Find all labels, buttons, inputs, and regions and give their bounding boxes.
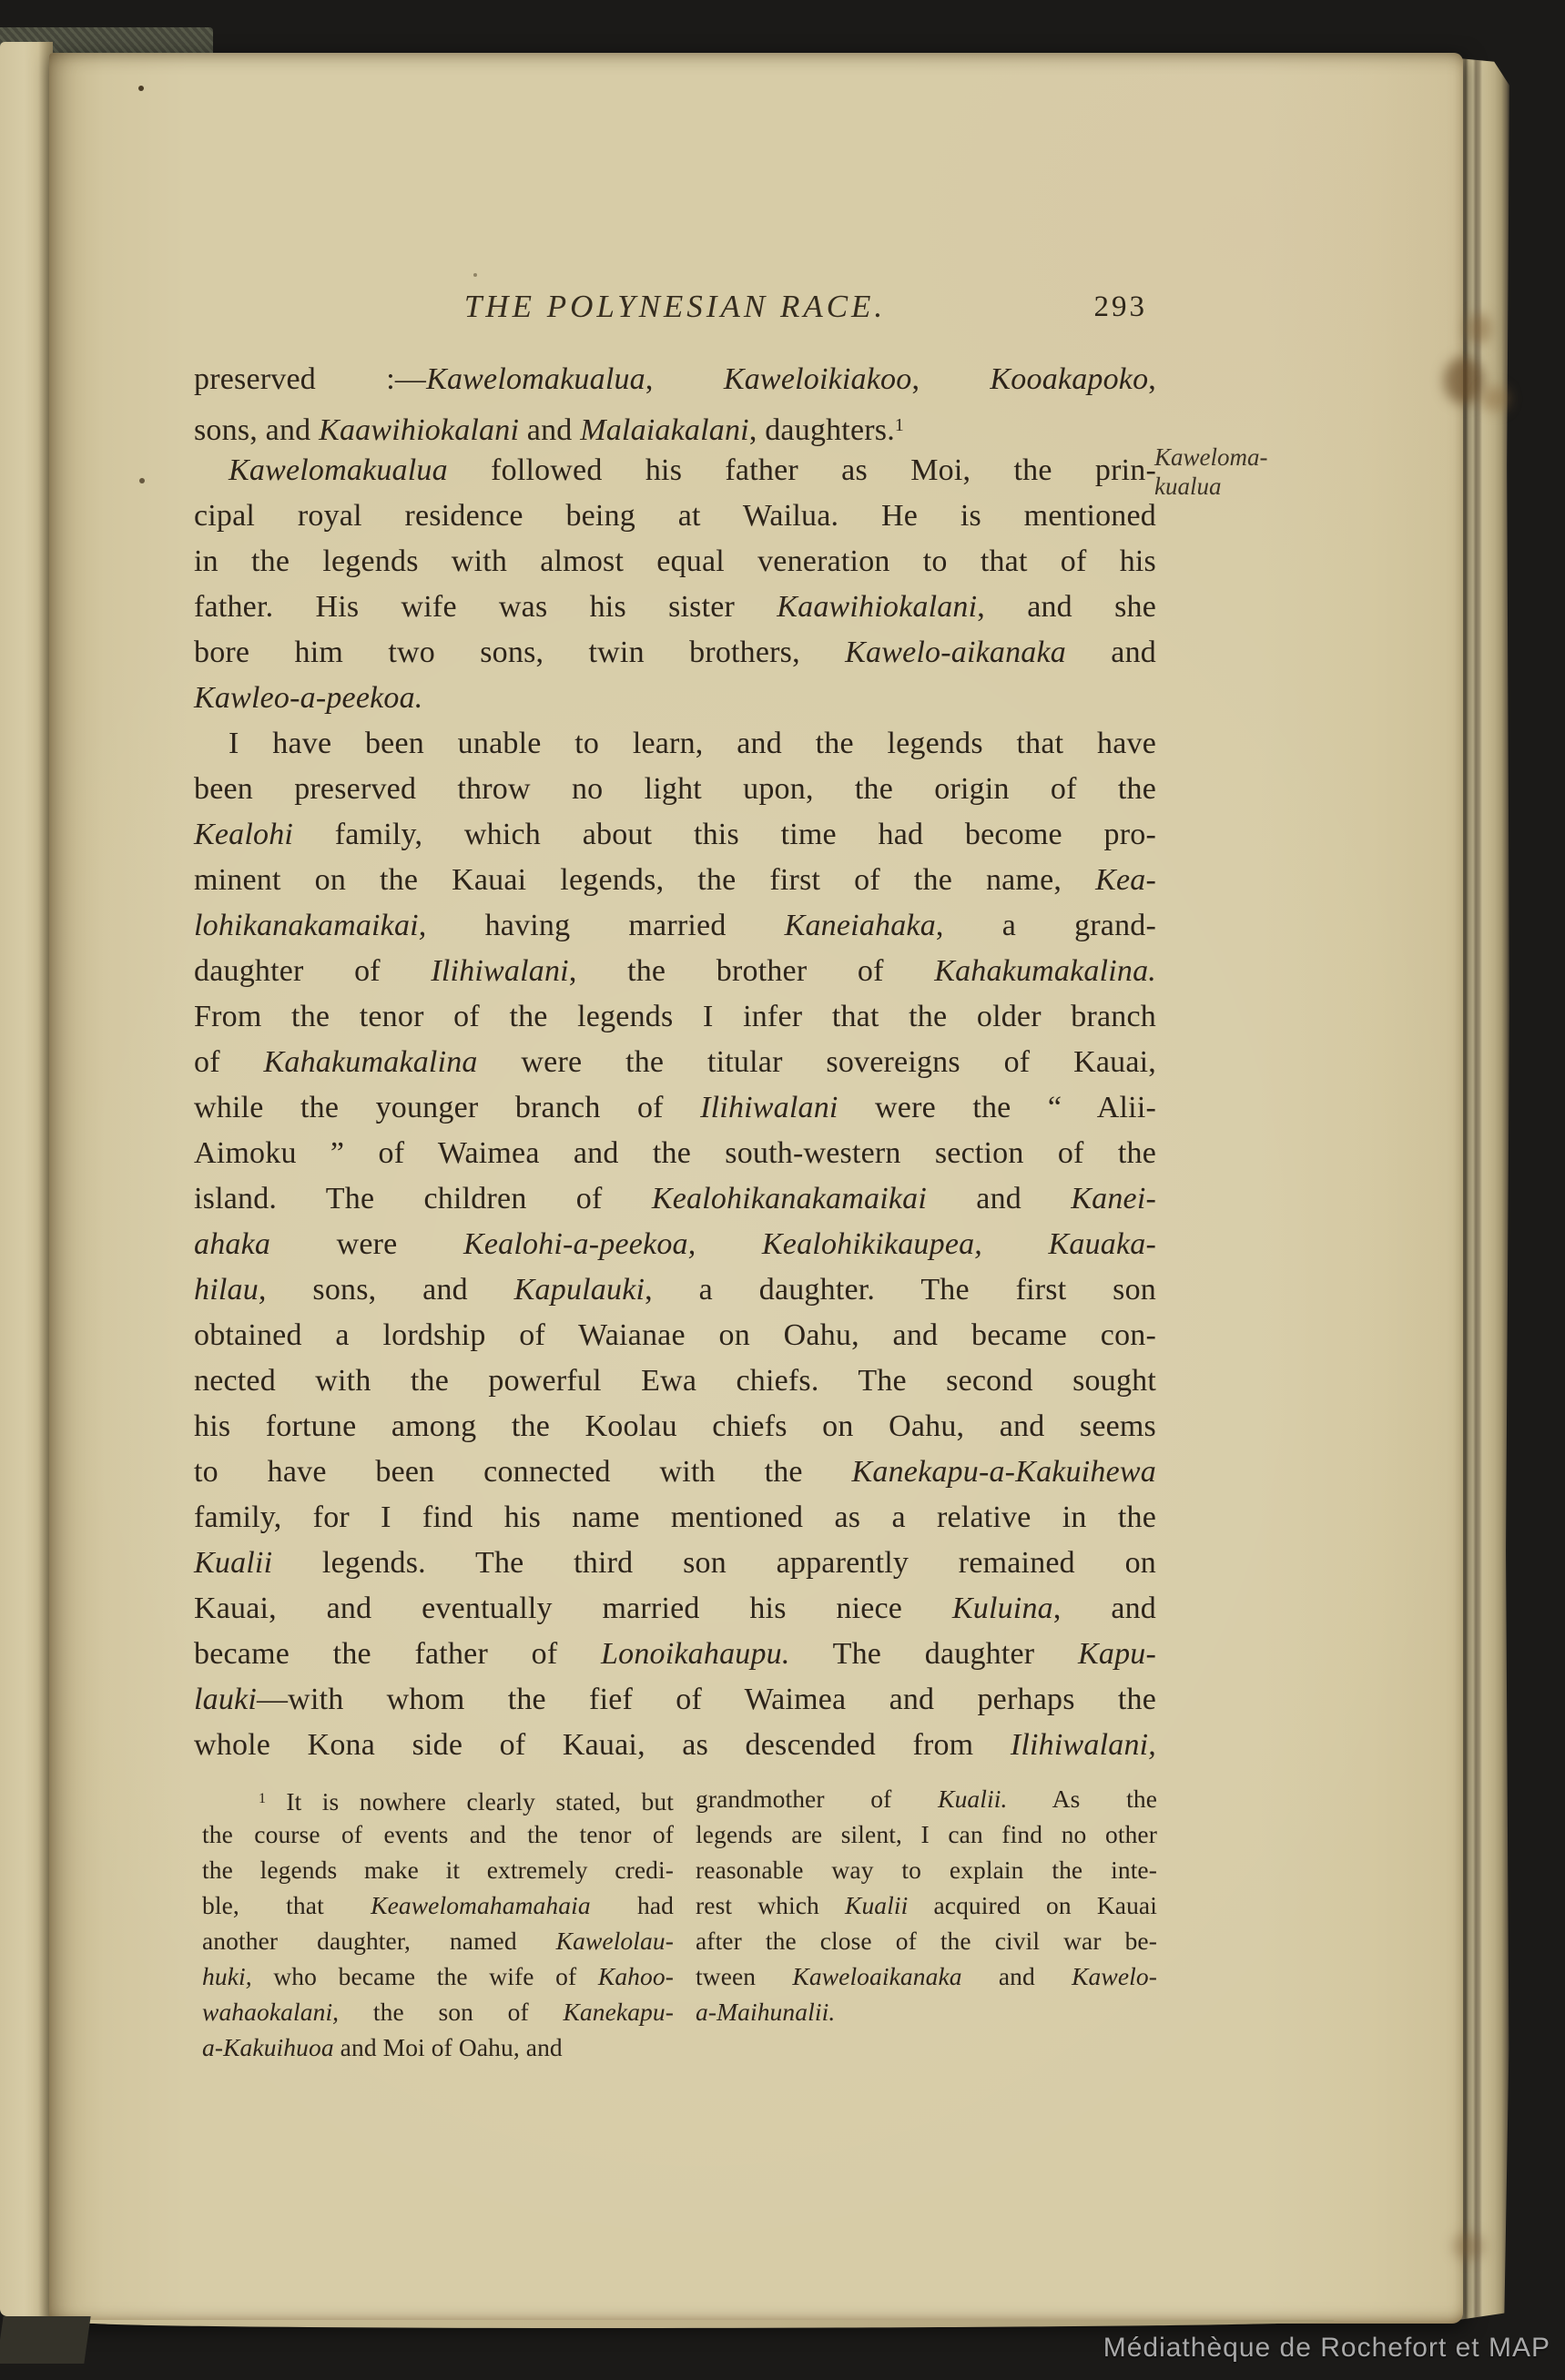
footnote-marker: 1 <box>259 1791 266 1806</box>
foxing-stain <box>1444 357 1484 404</box>
italic-name: hilau, <box>194 1273 267 1307</box>
text-run: legends are silent, I can find no other <box>696 1820 1157 1848</box>
italic-name: Ilihiwalani <box>700 1091 838 1124</box>
margin-note: Kaweloma- kualua <box>1154 442 1346 501</box>
text-line: From the tenor of the legends I infer th… <box>194 994 1156 1040</box>
paper-speck <box>473 273 477 277</box>
text-line: hilau, sons, and Kapulauki, a daughter. … <box>194 1267 1156 1313</box>
text-run: and <box>962 1962 1072 1990</box>
foxing-stain <box>1480 386 1509 412</box>
bottom-left-wedge <box>0 2316 91 2364</box>
text-line: his fortune among the Koolau chiefs on O… <box>194 1404 1156 1449</box>
margin-note-line: kualua <box>1154 472 1346 501</box>
text-run: From the tenor of the legends I infer th… <box>194 1000 1156 1033</box>
italic-name: Kahakumakalina <box>264 1045 478 1079</box>
text-line: Kawleo-a-peekoa. <box>194 676 1156 721</box>
italic-name: Kaawihiokalani <box>777 590 977 624</box>
italic-name: Kuluina <box>952 1592 1053 1625</box>
italic-name: Kualii. <box>938 1785 1007 1813</box>
text-line: wahaokalani, the son of Kanekapu- <box>202 1994 674 2029</box>
page-number: 293 <box>1094 290 1148 324</box>
scan-backdrop: THE POLYNESIAN RACE. 293 preserved :—Kaw… <box>0 0 1565 2380</box>
italic-name: Kawelomakualua <box>426 362 645 396</box>
text-run: followed his father as Moi, the prin- <box>448 453 1156 487</box>
text-line: lohikanakamaikai, having married Kaneiah… <box>194 903 1156 949</box>
text-line: in the legends with almost equal venerat… <box>194 539 1156 585</box>
text-run: in the legends with almost equal venerat… <box>194 544 1156 578</box>
italic-name: lauki <box>194 1683 257 1716</box>
text-run: , <box>1148 362 1156 396</box>
text-run: , a daughter. The first son <box>645 1273 1156 1307</box>
text-run: minent on the Kauai legends, the first o… <box>194 863 1095 897</box>
text-run: father. His wife was his sister <box>194 590 777 624</box>
book-page: THE POLYNESIAN RACE. 293 preserved :—Kaw… <box>49 53 1463 2324</box>
text-run: were the titular sovereigns of Kauai, <box>478 1045 1156 1079</box>
text-run: , a grand- <box>936 909 1156 942</box>
paper-speck <box>138 86 144 91</box>
library-watermark: Médiathèque de Rochefort et MAP <box>1103 2333 1550 2364</box>
italic-name: Kawelo- <box>1072 1962 1157 1990</box>
gutter-page-sliver <box>0 42 53 2316</box>
text-run: tween <box>696 1962 792 1990</box>
italic-name: Kawelo-aikanaka <box>845 636 1066 669</box>
text-line: 1 It is nowhere clearly stated, but <box>202 1781 674 1816</box>
text-line: daughter of Ilihiwalani, the brother of … <box>194 949 1156 994</box>
italic-name: lohikanakamaikai, <box>194 909 427 942</box>
text-run: having married <box>427 909 785 942</box>
text-line: Aimoku ” of Waimea and the south-western… <box>194 1131 1156 1176</box>
foxing-stain <box>1453 2233 1484 2260</box>
text-line: the legends make it extremely credi- <box>202 1852 674 1887</box>
italic-name: Keawelomahamahaia <box>371 1891 591 1919</box>
text-line: ahaka were Kealohi-a-peekoa, Kealohikika… <box>194 1222 1156 1267</box>
italic-name: Kawelolau- <box>556 1927 674 1955</box>
italic-name: Kaneiahaka <box>785 909 936 942</box>
footnote-marker: 1 <box>895 415 904 435</box>
text-line: became the father of Lonoikahaupu. The d… <box>194 1632 1156 1677</box>
italic-name: a-Kakuihuoa <box>202 2033 334 2061</box>
italic-name: Lonoikahaupu. <box>601 1637 790 1671</box>
text-line: legends are silent, I can find no other <box>696 1816 1157 1852</box>
text-run: reasonable way to explain the inte- <box>696 1856 1157 1884</box>
text-run: grandmother of <box>696 1785 938 1813</box>
text-run: , and she <box>977 590 1156 624</box>
text-line: Kauai, and eventually married his niece … <box>194 1586 1156 1632</box>
text-run: sons, and <box>267 1273 514 1307</box>
text-run: Aimoku ” of Waimea and the south-western… <box>194 1136 1156 1170</box>
text-run: and <box>1066 636 1156 669</box>
text-line: been preserved throw no light upon, the … <box>194 767 1156 812</box>
text-run: to have been connected with the <box>194 1455 852 1489</box>
text-run: , daughters. <box>749 413 895 447</box>
text-line: minent on the Kauai legends, the first o… <box>194 858 1156 903</box>
italic-name: Kanekapu-a-Kakuihewa <box>852 1455 1157 1489</box>
text-run: Kauai, and eventually married his niece <box>194 1592 952 1625</box>
text-line: Kawelomakualua followed his father as Mo… <box>194 448 1156 493</box>
text-run: ble, that <box>202 1891 371 1919</box>
italic-name: Kaawihiokalani <box>319 413 519 447</box>
text-run: were <box>270 1227 463 1261</box>
text-run: , <box>911 362 990 396</box>
text-run: been preserved throw no light upon, the … <box>194 772 1156 806</box>
italic-name: Kualii <box>194 1546 272 1580</box>
text-run: and <box>519 413 580 447</box>
foxing-stain <box>1466 313 1491 344</box>
text-line: bore him two sons, twin brothers, Kawelo… <box>194 630 1156 676</box>
text-run: the legends make it extremely credi- <box>202 1856 674 1884</box>
text-run: the course of events and the tenor of <box>202 1820 674 1848</box>
text-line: a-Maihunalii. <box>696 1994 1157 2029</box>
text-line: tween Kaweloaikanaka and Kawelo- <box>696 1958 1157 1994</box>
footnote-left-column: 1 It is nowhere clearly stated, butthe c… <box>202 1781 674 2065</box>
text-line: Kealohi family, which about this time ha… <box>194 812 1156 858</box>
text-run: As the <box>1007 1785 1157 1813</box>
text-line: sons, and Kaawihiokalani and Malaiakalan… <box>194 402 1156 448</box>
italic-name: Kahakumakalina. <box>934 954 1156 988</box>
text-run: bore him two sons, twin brothers, <box>194 636 845 669</box>
text-line: rest which Kualii acquired on Kauai <box>696 1887 1157 1923</box>
italic-name: Kawelomakualua <box>229 453 448 487</box>
text-run: another daughter, named <box>202 1927 556 1955</box>
ink-speck <box>139 478 145 483</box>
running-title: THE POLYNESIAN RACE. <box>194 288 1156 326</box>
text-run: , and <box>1053 1592 1156 1625</box>
text-run: island. The children of <box>194 1182 652 1215</box>
italic-name: ahaka <box>194 1227 270 1261</box>
italic-name: Kooakapoko <box>990 362 1148 396</box>
text-run: The daughter <box>790 1637 1078 1671</box>
text-line: father. His wife was his sister Kaawihio… <box>194 585 1156 630</box>
text-run: while the younger branch of <box>194 1091 700 1124</box>
italic-name: huki, <box>202 1962 252 1990</box>
italic-name: Kea- <box>1095 863 1156 897</box>
text-run: who became the wife of <box>252 1962 598 1990</box>
italic-name: Kealohi <box>194 818 293 851</box>
text-line: another daughter, named Kawelolau- <box>202 1923 674 1958</box>
text-line: ble, that Keawelomahamahaia had <box>202 1887 674 1923</box>
text-run: nected with the powerful Ewa chiefs. The… <box>194 1364 1156 1398</box>
text-run: whole Kona side of Kauai, as descended f… <box>194 1728 1011 1762</box>
text-run: had <box>591 1891 674 1919</box>
text-line: the course of events and the tenor of <box>202 1816 674 1852</box>
text-line: cipal royal residence being at Wailua. H… <box>194 493 1156 539</box>
text-line: of Kahakumakalina were the titular sover… <box>194 1040 1156 1085</box>
italic-name: Kawleo-a-peekoa. <box>194 681 423 715</box>
text-run: and <box>927 1182 1071 1215</box>
text-run: daughter of <box>194 954 431 988</box>
italic-name: Kanei- <box>1071 1182 1156 1215</box>
text-run: , the brother of <box>569 954 934 988</box>
text-line: while the younger branch of Ilihiwalani … <box>194 1085 1156 1131</box>
italic-name: Malaiakalani <box>580 413 749 447</box>
text-run: acquired on Kauai <box>908 1891 1157 1919</box>
italic-name: Kapulauki <box>514 1273 645 1307</box>
text-line: grandmother of Kualii. As the <box>696 1781 1157 1816</box>
text-line: obtained a lordship of Waianae on Oahu, … <box>194 1313 1156 1358</box>
footnote-right-column: grandmother of Kualii. As thelegends are… <box>696 1781 1157 2029</box>
text-run: his fortune among the Koolau chiefs on O… <box>194 1409 1156 1443</box>
text-run: of <box>194 1045 264 1079</box>
text-run: preserved :— <box>194 362 426 396</box>
italic-name: Kahoo- <box>598 1962 674 1990</box>
text-line: nected with the powerful Ewa chiefs. The… <box>194 1358 1156 1404</box>
text-run: family, for I find his name mentioned as… <box>194 1500 1156 1534</box>
text-line: I have been unable to learn, and the leg… <box>194 721 1156 767</box>
text-run: legends. The third son apparently remain… <box>272 1546 1156 1580</box>
page-header: THE POLYNESIAN RACE. 293 <box>194 288 1156 326</box>
italic-name: Ilihiwalani <box>431 954 568 988</box>
italic-name: Kealohi-a-peekoa, Kealohikikaupea, Kauak… <box>463 1227 1156 1261</box>
italic-name: wahaokalani, <box>202 1998 339 2026</box>
text-run: , <box>645 362 724 396</box>
text-line: to have been connected with the Kanekapu… <box>194 1449 1156 1495</box>
text-run: became the father of <box>194 1637 601 1671</box>
italic-name: Kualii <box>845 1891 908 1919</box>
text-line: after the close of the civil war be- <box>696 1923 1157 1958</box>
under-page-edge <box>86 2320 1334 2328</box>
text-line: family, for I find his name mentioned as… <box>194 1495 1156 1541</box>
body-text: preserved :—Kawelomakualua, Kaweloikiako… <box>194 357 1156 1768</box>
text-run: obtained a lordship of Waianae on Oahu, … <box>194 1318 1156 1352</box>
text-line: island. The children of Kealohikanakamai… <box>194 1176 1156 1222</box>
italic-name: Kaweloikiakoo <box>724 362 912 396</box>
italic-name: a-Maihunalii. <box>696 1998 835 2026</box>
text-run: —with whom the fief of Waimea and perhap… <box>257 1683 1156 1716</box>
text-line: Kualii legends. The third son apparently… <box>194 1541 1156 1586</box>
text-line: huki, who became the wife of Kahoo- <box>202 1958 674 1994</box>
text-line: preserved :—Kawelomakualua, Kaweloikiako… <box>194 357 1156 402</box>
italic-name: Ilihiwalani, <box>1011 1728 1156 1762</box>
text-run: sons, and <box>194 413 319 447</box>
text-line: whole Kona side of Kauai, as descended f… <box>194 1723 1156 1768</box>
text-line: lauki—with whom the fief of Waimea and p… <box>194 1677 1156 1723</box>
text-run: the son of <box>339 1998 563 2026</box>
italic-name: Kanekapu- <box>563 1998 674 2026</box>
italic-name: Kaweloaikanaka <box>792 1962 961 1990</box>
text-run: and Moi of Oahu, and <box>334 2033 563 2061</box>
text-run: after the close of the civil war be- <box>696 1927 1157 1955</box>
text-run: family, which about this time had become… <box>293 818 1156 851</box>
text-run: cipal royal residence being at Wailua. H… <box>194 499 1156 533</box>
text-run: It is nowhere clearly stated, but <box>266 1787 674 1816</box>
text-run: I have been unable to learn, and the leg… <box>229 727 1156 760</box>
text-line: a-Kakuihuoa and Moi of Oahu, and <box>202 2029 674 2065</box>
text-run: rest which <box>696 1891 845 1919</box>
italic-name: Kealohikanakamaikai <box>652 1182 927 1215</box>
text-run: were the “ Alii- <box>838 1091 1156 1124</box>
margin-note-line: Kaweloma- <box>1154 442 1346 472</box>
italic-name: Kapu- <box>1078 1637 1156 1671</box>
text-line: reasonable way to explain the inte- <box>696 1852 1157 1887</box>
